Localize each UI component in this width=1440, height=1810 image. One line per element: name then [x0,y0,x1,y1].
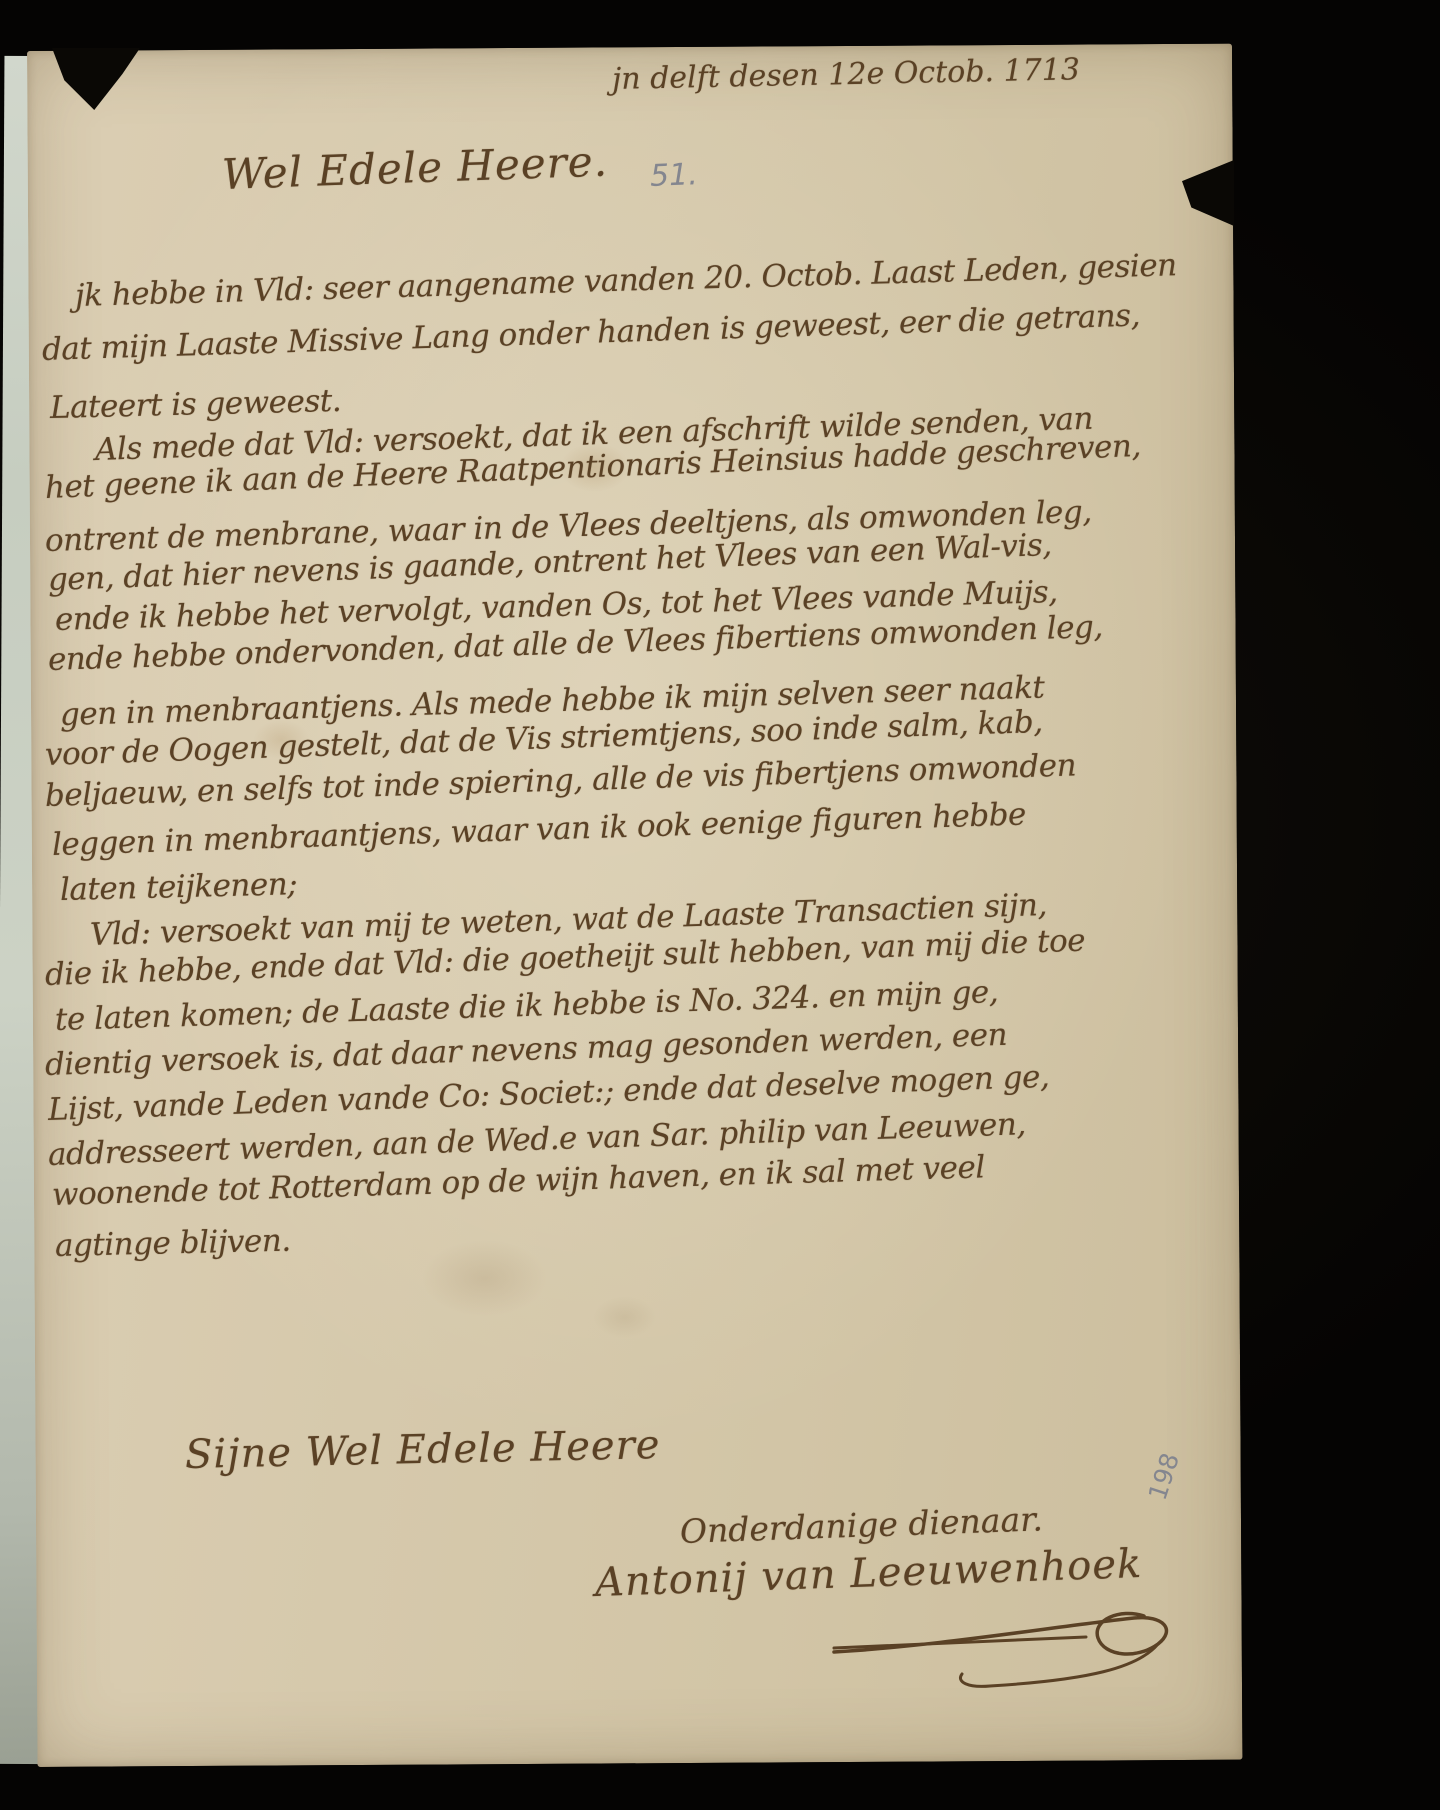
manuscript-scan: jn delft desen 12e Octob. 1713 Wel Edele… [0,0,1440,1810]
letter-line: laten teijkenen; [60,866,298,908]
archival-number-pencil: 51. [649,157,698,194]
letter-line: Lateert is geweest. [50,383,342,426]
signature-flourish-icon [828,1596,1178,1701]
letter-line: agtinge blijven. [55,1223,291,1264]
